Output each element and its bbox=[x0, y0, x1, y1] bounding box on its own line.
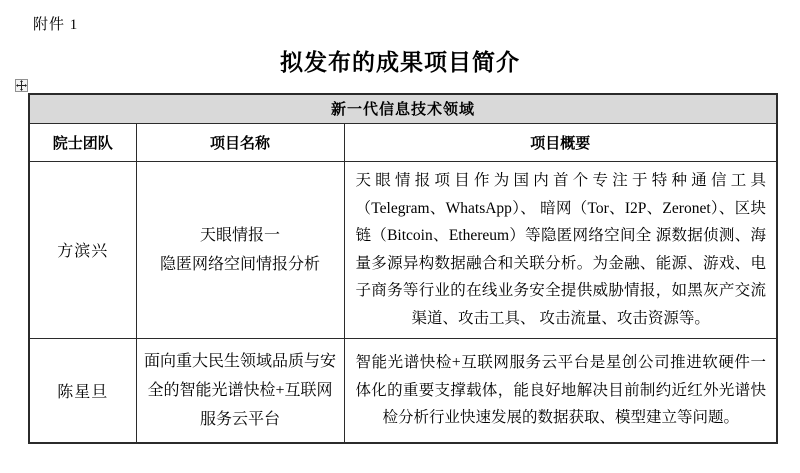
column-header-row: 院士团队 项目名称 项目概要 bbox=[29, 123, 777, 161]
document-page: { "page": { "attachment_label": "附件 1", … bbox=[0, 0, 800, 473]
projects-table: 新一代信息技术领域 院士团队 项目名称 项目概要 方滨兴 天眼情报一 隐匿网络空… bbox=[28, 93, 778, 444]
attachment-label: 附件 1 bbox=[33, 13, 78, 34]
page-title: 拟发布的成果项目简介 bbox=[0, 44, 800, 77]
project-name-cell: 天眼情报一 隐匿网络空间情报分析 bbox=[136, 161, 344, 338]
column-header-project-name: 项目名称 bbox=[136, 123, 344, 161]
section-header-row: 新一代信息技术领域 bbox=[29, 94, 777, 123]
table-section-header: 新一代信息技术领域 bbox=[29, 94, 777, 123]
move-cross-icon bbox=[16, 80, 27, 91]
project-name-cell: 面向重大民生领域品质与安全的智能光谱快检+互联网服务云平台 bbox=[136, 338, 344, 443]
project-summary-cell: 天眼情报项目作为国内首个专注于特种通信工具（Telegram、WhatsApp）… bbox=[344, 161, 777, 338]
team-cell: 方滨兴 bbox=[29, 161, 136, 338]
team-cell: 陈星旦 bbox=[29, 338, 136, 443]
column-header-project-summary: 项目概要 bbox=[344, 123, 777, 161]
project-summary-cell: 智能光谱快检+互联网服务云平台是星创公司推进软硬件一体化的重要支撑载体，能良好地… bbox=[344, 338, 777, 443]
table-row: 陈星旦 面向重大民生领域品质与安全的智能光谱快检+互联网服务云平台 智能光谱快检… bbox=[29, 338, 777, 443]
table-row: 方滨兴 天眼情报一 隐匿网络空间情报分析 天眼情报项目作为国内首个专注于特种通信… bbox=[29, 161, 777, 338]
table-move-handle-icon[interactable] bbox=[15, 79, 28, 92]
column-header-team: 院士团队 bbox=[29, 123, 136, 161]
